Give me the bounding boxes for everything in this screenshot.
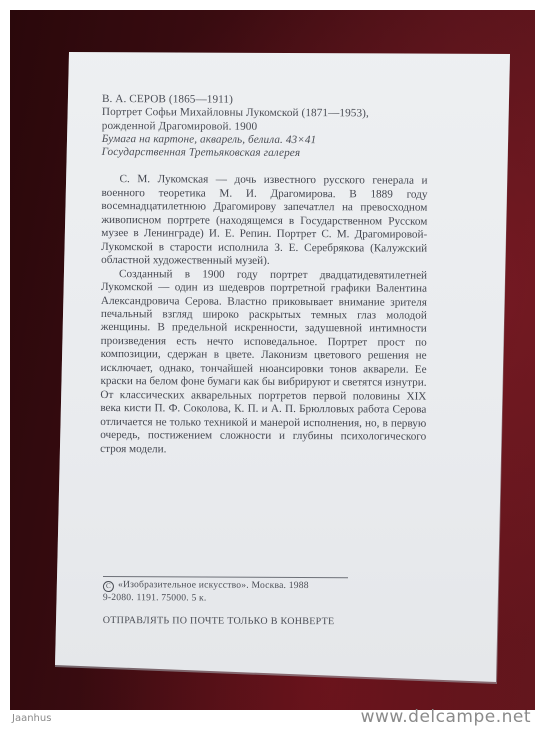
description-paragraph-2: Созданный в 1900 году портрет двадцатиде…	[100, 268, 427, 458]
footer-divider	[103, 576, 348, 578]
postcard-text-block: В. А. СЕРОВ (1865—1911) Портрет Софьи Ми…	[100, 93, 428, 458]
copyright-icon: C	[103, 581, 114, 592]
artwork-collection: Государственная Третьяковская галерея	[102, 146, 428, 161]
caption-header: В. А. СЕРОВ (1865—1911) Портрет Софьи Ми…	[102, 93, 428, 161]
publisher-text: «Изобразительное искусство». Москва. 198…	[118, 579, 309, 591]
imprint-footer: C«Изобразительное искусство». Москва. 19…	[103, 576, 403, 628]
description: С. М. Лукомская — дочь известного русско…	[100, 173, 427, 457]
seller-watermark: Jaanhus	[12, 713, 51, 724]
description-paragraph-1: С. М. Лукомская — дочь известного русско…	[101, 173, 427, 269]
site-watermark: www.delcampe.net	[361, 707, 531, 727]
artwork-title: Портрет Софьи Михайловны Лукомской (1871…	[102, 106, 428, 121]
print-info: 9-2080. 1191. 75000. 5 к.	[103, 592, 403, 605]
mail-instruction: ОТПРАВЛЯТЬ ПО ПОЧТЕ ТОЛЬКО В КОНВЕРТЕ	[103, 615, 403, 628]
